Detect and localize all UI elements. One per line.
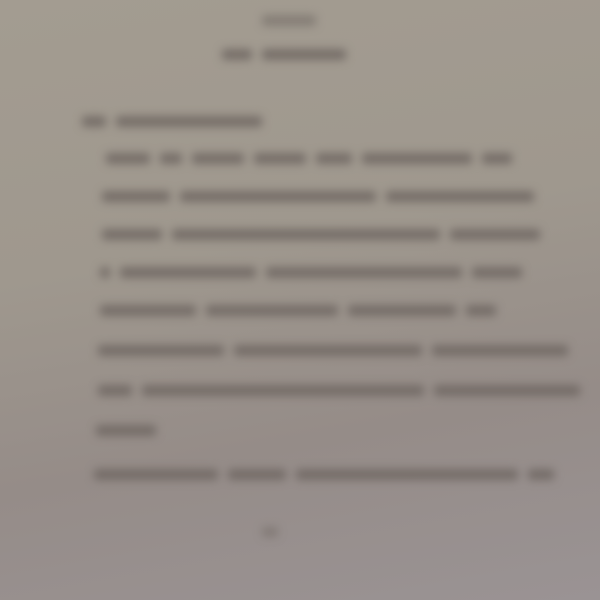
paragraph-line: [illegible] xyxy=(96,422,156,438)
final-line: [illegible] xyxy=(94,466,554,482)
paragraph-line: [illegible] xyxy=(106,150,512,166)
page-number: [illegible] xyxy=(262,527,278,537)
paragraph-line: [illegible] xyxy=(98,342,568,358)
header-line-2: [illegible] xyxy=(222,46,346,62)
paragraph-line: [illegible] xyxy=(102,188,534,204)
paragraph-line: [illegible] xyxy=(102,226,540,242)
header-line-1: [illegible] xyxy=(262,12,316,28)
paragraph-line: [illegible] xyxy=(100,302,496,318)
paragraph-line: [illegible] xyxy=(100,264,522,280)
document-page: [illegible] [illegible] [illegible] [ill… xyxy=(0,0,600,600)
section-heading: [illegible] xyxy=(82,113,262,129)
paragraph-line: [illegible] xyxy=(98,382,580,398)
